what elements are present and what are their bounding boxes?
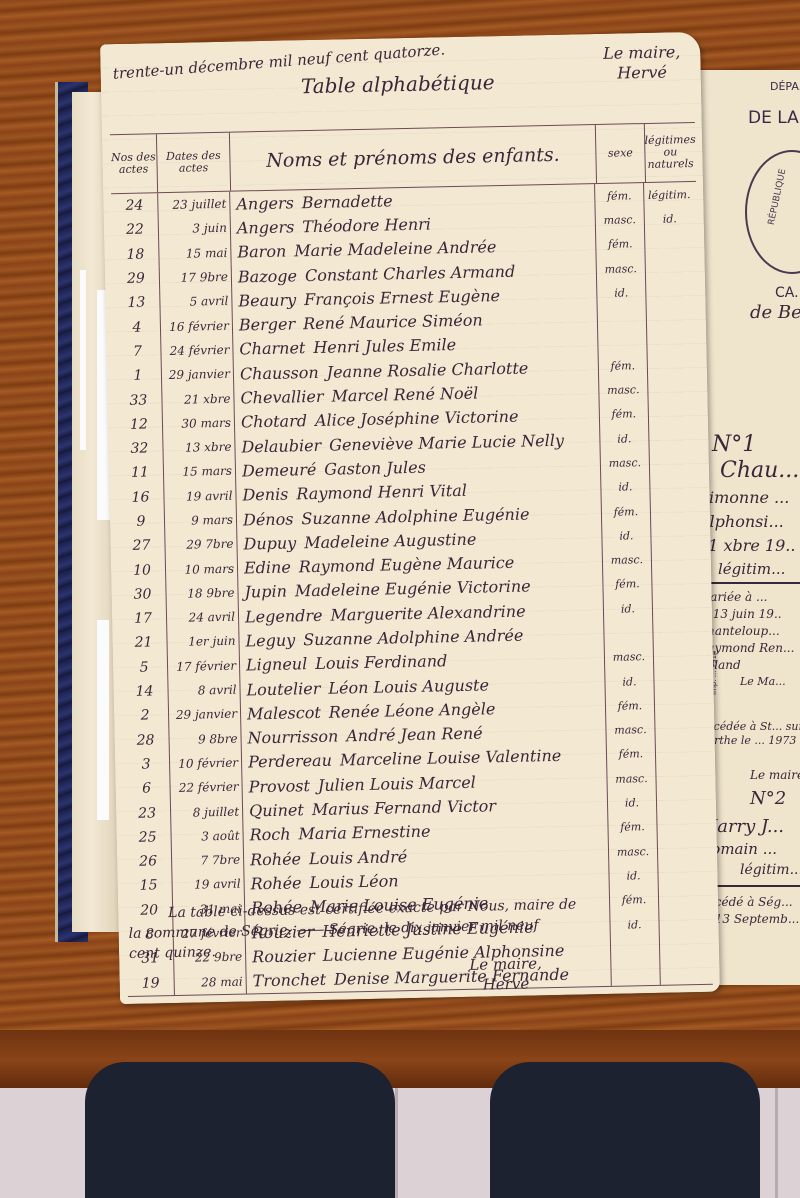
act-date: 29 janvier	[169, 702, 241, 728]
act-number: 18	[112, 242, 159, 267]
page-tab	[80, 270, 86, 450]
sex: id.	[602, 523, 651, 548]
act-number: 10	[119, 558, 166, 583]
legitimacy	[649, 425, 699, 450]
act-date: 22 février	[170, 775, 242, 801]
given-names: Madeleine Augustine	[304, 529, 477, 552]
act-date: 13 xbre	[163, 435, 235, 461]
sex: fém.	[599, 353, 648, 378]
record-1-date: 31 xbre 19..	[698, 536, 795, 555]
given-names: André Jean René	[346, 724, 483, 746]
act-number: 13	[113, 290, 160, 315]
act-number: 15	[125, 873, 172, 898]
given-names: Jeanne Rosalie Charlotte	[326, 358, 528, 381]
act-number: 24	[111, 193, 158, 218]
act-number: 3	[123, 752, 170, 777]
sex: fém.	[600, 402, 649, 427]
act-date: 5 avril	[160, 289, 232, 315]
act-number: 28	[122, 728, 169, 753]
record-1-given2: Alphonsi...	[698, 512, 784, 531]
legitimacy	[646, 255, 696, 280]
legitimacy	[653, 619, 703, 644]
given-names: René Maurice Siméon	[303, 311, 483, 334]
sex: id.	[601, 475, 650, 500]
given-names: Bernadette	[302, 191, 393, 212]
header-line: DE LA...	[748, 108, 800, 128]
sex: masc.	[596, 207, 645, 232]
sex: id.	[605, 669, 654, 694]
record-number-1: N°1	[712, 432, 756, 457]
col-header-legitimacy: légitimes ou naturels	[645, 123, 696, 182]
act-number: 30	[119, 582, 166, 607]
sex: fém.	[606, 693, 655, 718]
act-date: 23 juillet	[158, 192, 230, 218]
mayor-title: Le maire,	[469, 953, 542, 975]
record-1-status: légitim...	[718, 560, 785, 578]
surname: Angers	[236, 193, 294, 213]
sex: masc.	[609, 839, 658, 864]
act-date: 10 février	[170, 750, 242, 776]
surname: Quinet	[249, 800, 304, 820]
surname: Jupin	[244, 582, 287, 602]
act-date: 15 mai	[159, 240, 231, 266]
sex	[604, 620, 653, 645]
sex: masc.	[597, 256, 646, 281]
sex: fém.	[595, 183, 644, 208]
given-names: Renée Léone Angèle	[329, 699, 496, 721]
record-1-surname: Chau...	[720, 458, 799, 483]
sex: masc.	[599, 377, 648, 402]
act-number: 25	[124, 825, 171, 850]
act-number: 33	[115, 388, 162, 413]
given-names: Théodore Henri	[302, 214, 431, 236]
act-number: 9	[118, 509, 165, 534]
death-annotation: décédée à St... sur Sarthe le ... 1973	[700, 720, 800, 748]
republic-seal: RÉPUBLIQUE	[745, 150, 800, 274]
surname: Edine	[244, 558, 291, 578]
legitimacy	[647, 303, 697, 328]
sex: masc.	[603, 547, 652, 572]
legitimacy	[648, 352, 698, 377]
given-names: Constant Charles Armand	[305, 261, 516, 284]
legitimacy	[647, 328, 697, 353]
act-date: 29 7bre	[165, 532, 237, 558]
legitimacy	[651, 498, 701, 523]
act-number: 22	[112, 217, 159, 242]
col-header-number: Nos des actes	[110, 134, 158, 193]
col-header-date: Dates des actes	[157, 133, 231, 193]
surname: Leguy	[245, 630, 295, 650]
given-names: Raymond Eugène Maurice	[299, 553, 515, 577]
act-number: 2	[122, 703, 169, 728]
surname: Loutelier	[246, 678, 320, 699]
surname: Charnet	[239, 339, 305, 359]
act-date: 9 8bre	[169, 726, 241, 752]
legitimacy	[657, 789, 707, 814]
act-number: 29	[113, 266, 160, 291]
col-header-sex: sexe	[596, 124, 646, 183]
given-names: Marius Fernand Victor	[312, 796, 497, 819]
certification-text: La table ci-dessus est certifiée exacte …	[128, 892, 709, 964]
mayor-name: Hervé	[470, 973, 543, 995]
surname: Provost	[248, 776, 310, 796]
given-names: Marcel René Noël	[331, 384, 478, 406]
act-number: 16	[117, 485, 164, 510]
surname: Angers	[237, 217, 295, 237]
table-body: 2423 juilletAngersBernadettefém.légitim.…	[111, 182, 713, 997]
sex: id.	[608, 790, 657, 815]
act-date: 9 mars	[165, 507, 237, 533]
left-page-alphabetical-table: trente-un décembre mil neuf cent quatorz…	[100, 32, 720, 1004]
act-date: 17 février	[168, 653, 240, 679]
legitimacy	[650, 473, 700, 498]
legitimacy	[656, 741, 706, 766]
given-names: Marie Madeleine Andrée	[294, 237, 496, 260]
right-leg	[490, 1062, 760, 1198]
department-header: DÉPA...	[770, 80, 800, 93]
page-title: Table alphabétique	[301, 70, 495, 98]
act-number: 12	[116, 412, 163, 437]
legitimacy	[648, 376, 698, 401]
act-date: 8 juillet	[171, 799, 243, 825]
legitimacy	[654, 644, 704, 669]
sex: id.	[597, 280, 646, 305]
legitimacy	[660, 959, 710, 984]
surname: Chevallier	[240, 387, 323, 408]
mayor-title: Le maire,	[603, 42, 681, 64]
record-number-2: N°2	[750, 788, 786, 809]
given-names: Geneviève Marie Lucie Nelly	[329, 430, 564, 454]
tile-grout	[775, 1088, 778, 1198]
legitimacy	[655, 692, 705, 717]
legitimacy: légitim.	[644, 182, 694, 207]
surname: Beaury	[238, 290, 296, 310]
header-ca: CA...	[775, 285, 800, 301]
act-date: 29 janvier	[162, 362, 234, 388]
act-number: 23	[124, 800, 171, 825]
legitimacy	[658, 838, 708, 863]
act-date: 7 7bre	[172, 848, 244, 874]
surname: Chausson	[240, 363, 319, 384]
act-number: 7	[114, 339, 161, 364]
act-number: 1	[115, 363, 162, 388]
surname: Tronchet	[252, 970, 326, 991]
legitimacy	[649, 401, 699, 426]
legitimacy	[650, 449, 700, 474]
given-names: Alice Joséphine Victorine	[315, 407, 519, 430]
legitimacy	[657, 814, 707, 839]
act-date: 24 avril	[167, 605, 239, 631]
given-names: Suzanne Adolphine Eugénie	[301, 504, 529, 528]
birth-register-table: Nos des actes Dates des actes Noms et pr…	[110, 122, 713, 997]
sex: fém.	[596, 232, 645, 257]
sex: fém.	[607, 742, 656, 767]
given-names: Henri Jules Emile	[313, 335, 456, 357]
act-number: 14	[121, 679, 168, 704]
sex: masc.	[607, 766, 656, 791]
legitimacy: id.	[645, 206, 695, 231]
sex: masc.	[601, 450, 650, 475]
act-date: 19 avril	[164, 483, 236, 509]
act-number: 32	[116, 436, 163, 461]
act-date: 15 mars	[164, 459, 236, 485]
legitimacy	[652, 571, 702, 596]
surname: Baron	[237, 242, 286, 262]
sex: fém.	[602, 499, 651, 524]
sex: fém.	[603, 572, 652, 597]
legitimacy	[651, 522, 701, 547]
surname: Perdereau	[248, 751, 332, 772]
surname: Nourrisson	[247, 727, 338, 748]
page-tab	[97, 620, 109, 820]
act-date: 16 février	[161, 313, 233, 339]
act-date: 1er juin	[167, 629, 239, 655]
act-date: 3 juin	[159, 216, 231, 242]
surname: Delaubier	[241, 435, 321, 456]
act-date: 3 août	[171, 823, 243, 849]
given-names: Raymond Henri Vital	[296, 481, 467, 504]
surname: Legendre	[245, 606, 323, 627]
given-names: François Ernest Eugène	[304, 286, 500, 309]
surname: Chotard	[241, 411, 307, 431]
legitimacy	[655, 716, 705, 741]
seal-text: RÉPUBLIQUE	[767, 168, 789, 226]
act-number: 4	[114, 315, 161, 340]
header-commune: de Be...	[750, 302, 800, 323]
act-number: 27	[118, 533, 165, 558]
given-names: Julien Louis Marcel	[318, 772, 476, 794]
col-header-name: Noms et prénoms des enfants.	[230, 125, 597, 191]
act-date: 21 xbre	[162, 386, 234, 412]
surname: Dupuy	[243, 533, 296, 553]
act-date: 8 avril	[168, 678, 240, 704]
act-date: 30 mars	[163, 410, 235, 436]
given-names: Madeleine Eugénie Victorine	[295, 577, 531, 601]
act-date: 17 9bre	[160, 265, 232, 291]
given-names: Marceline Louise Valentine	[340, 746, 562, 770]
surname: Denis	[242, 485, 288, 505]
surname: Malescot	[247, 703, 321, 724]
mayor-signature-bottom: Le maire, Hervé	[469, 953, 542, 995]
given-names: Gaston Jules	[324, 458, 426, 479]
record-1-note: Le Ma...	[740, 675, 786, 688]
legitimacy	[645, 231, 695, 256]
sex: id.	[609, 863, 658, 888]
given-names: Louis André	[309, 847, 408, 868]
given-names: Louis Ferdinand	[315, 652, 447, 674]
surname: Rohée	[250, 849, 301, 869]
legitimacy	[658, 862, 708, 887]
act-number: 19	[127, 971, 174, 996]
record-2-surname: Jarry J...	[710, 816, 784, 837]
surname: Rohée	[250, 873, 301, 893]
legitimacy	[656, 765, 706, 790]
given-names: Maria Ernestine	[298, 822, 430, 844]
left-leg	[85, 1062, 395, 1198]
sex	[598, 304, 647, 329]
sex	[611, 960, 660, 985]
tile-grout	[395, 1088, 398, 1198]
mayor-signature-top: Le maire, Hervé	[603, 42, 681, 84]
act-date: 10 mars	[166, 556, 238, 582]
act-date: 28 mai	[174, 969, 246, 995]
legitimacy	[646, 279, 696, 304]
act-number: 6	[123, 776, 170, 801]
act-number: 21	[120, 630, 167, 655]
sex: masc.	[606, 717, 655, 742]
given-names: Louis Léon	[309, 871, 398, 892]
sex: id.	[604, 596, 653, 621]
given-names: Léon Louis Auguste	[328, 675, 489, 697]
surname: Demeuré	[242, 460, 317, 481]
legitimacy	[654, 668, 704, 693]
mayor-short: Le maire	[750, 768, 800, 782]
sex	[598, 329, 647, 354]
sex: fém.	[608, 815, 657, 840]
surname: Berger	[239, 314, 296, 334]
surname: Dénos	[243, 509, 294, 529]
surname: Roch	[249, 825, 290, 845]
surname: Ligneul	[246, 654, 308, 674]
act-number: 17	[120, 606, 167, 631]
given-names: Marguerite Alexandrine	[330, 601, 525, 624]
surname: Bazoge	[238, 266, 297, 286]
sex: masc.	[605, 645, 654, 670]
record-2-status: légitim...	[740, 862, 800, 878]
sex: id.	[600, 426, 649, 451]
given-names: Suzanne Adolphine Andrée	[303, 626, 524, 650]
legitimacy	[653, 595, 703, 620]
record-1-given1: Simonne ...	[698, 488, 789, 507]
mayor-name: Hervé	[603, 62, 681, 84]
act-date: 24 février	[161, 337, 233, 363]
act-date: 19 avril	[172, 872, 244, 898]
act-number: 26	[125, 849, 172, 874]
act-date: 18 9bre	[166, 580, 238, 606]
legitimacy	[652, 546, 702, 571]
act-number: 11	[117, 460, 164, 485]
act-number: 5	[121, 655, 168, 680]
